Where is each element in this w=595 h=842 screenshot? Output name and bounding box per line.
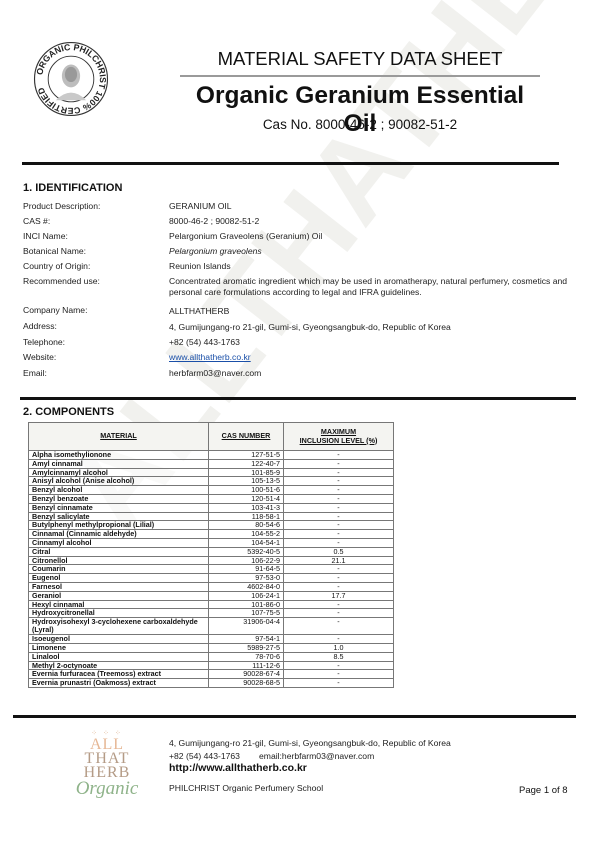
- value-email: herbfarm03@naver.com: [169, 368, 574, 379]
- cell-inclusion-level: -: [284, 538, 394, 547]
- value-botanical-name: Pelargonium graveolens: [169, 246, 574, 257]
- components-table: MATERIAL CAS NUMBER MAXIMUMINCLUSION LEV…: [28, 422, 394, 688]
- cell-material: Hydroxyisohexyl 3-cyclohexene carboxalde…: [29, 618, 209, 635]
- value-recommended-use: Concentrated aromatic ingredient which m…: [169, 276, 574, 298]
- title-divider: [180, 75, 540, 77]
- column-header-max-inclusion: MAXIMUMINCLUSION LEVEL (%): [284, 423, 394, 451]
- footer-phone: +82 (54) 443-1763: [169, 751, 240, 761]
- table-row: Alpha isomethylionone127-51-5-: [29, 451, 394, 460]
- document-type: MATERIAL SAFETY DATA SHEET: [190, 48, 530, 70]
- label-company-name: Company Name:: [23, 305, 87, 315]
- cell-cas-number: 104-54-1: [209, 538, 284, 547]
- label-product-description: Product Description:: [23, 201, 100, 211]
- table-row: Amyl cinnamal122-40-7-: [29, 459, 394, 468]
- cell-inclusion-level: 0.5: [284, 547, 394, 556]
- value-product-description: GERANIUM OIL: [169, 201, 574, 212]
- footer-email: email:herbfarm03@naver.com: [259, 751, 374, 761]
- label-botanical-name: Botanical Name:: [23, 246, 86, 256]
- cell-inclusion-level: 17.7: [284, 591, 394, 600]
- cell-material: Cinnamyl alcohol: [29, 538, 209, 547]
- table-row: Citral5392-40-50.5: [29, 547, 394, 556]
- cell-inclusion-level: -: [284, 459, 394, 468]
- column-header-cas-number: CAS NUMBER: [209, 423, 284, 451]
- cell-material: Limonene: [29, 643, 209, 652]
- table-row: Benzyl benzoate120-51-4-: [29, 494, 394, 503]
- table-row: Cinnamyl alcohol104-54-1-: [29, 538, 394, 547]
- value-country-of-origin: Reunion Islands: [169, 261, 574, 272]
- footer-website-link[interactable]: http://www.allthatherb.co.kr: [169, 762, 307, 774]
- footer-address: 4, Gumijungang-ro 21-gil, Gumi-si, Gyeon…: [169, 738, 451, 748]
- cell-material: Alpha isomethylionone: [29, 451, 209, 460]
- cell-cas-number: 90028-68-5: [209, 679, 284, 688]
- website-link[interactable]: www.allthatherb.co.kr: [169, 352, 251, 362]
- label-cas: CAS #:: [23, 216, 50, 226]
- label-address: Address:: [23, 321, 57, 331]
- cell-material: Benzyl cinnamate: [29, 503, 209, 512]
- value-telephone: +82 (54) 443-1763: [169, 337, 574, 348]
- cell-material: Evernia prunastri (Oakmoss) extract: [29, 679, 209, 688]
- cas-number-line: Cas No. 8000-46-2 ; 90082-51-2: [180, 117, 540, 132]
- section-components-heading: 2. COMPONENTS: [23, 406, 114, 418]
- table-row: Linalool78-70-68.5: [29, 652, 394, 661]
- cell-cas-number: 120-51-4: [209, 494, 284, 503]
- cell-cas-number: 106-24-1: [209, 591, 284, 600]
- cell-material: Benzyl benzoate: [29, 494, 209, 503]
- cell-inclusion-level: -: [284, 582, 394, 591]
- cell-cas-number: 103-41-3: [209, 503, 284, 512]
- allthatherb-logo: ⁘ ⁘ ⁘ ALL THAT HERB Organic: [72, 730, 142, 798]
- cell-cas-number: 78-70-6: [209, 652, 284, 661]
- certified-seal-logo: ORGANIC PHILCHRIST 100% CERTIFIED: [33, 41, 109, 117]
- cell-inclusion-level: 1.0: [284, 643, 394, 652]
- label-website: Website:: [23, 352, 56, 362]
- cell-cas-number: 5989-27-5: [209, 643, 284, 652]
- cell-inclusion-level: -: [284, 503, 394, 512]
- value-cas: 8000-46-2 ; 90082-51-2: [169, 216, 574, 227]
- footer-school: PHILCHRIST Organic Perfumery School: [169, 783, 323, 793]
- cell-material: Citral: [29, 547, 209, 556]
- label-recommended-use: Recommended use:: [23, 276, 100, 286]
- cell-cas-number: 127-51-5: [209, 451, 284, 460]
- cell-inclusion-level: -: [284, 494, 394, 503]
- cell-inclusion-level: 8.5: [284, 652, 394, 661]
- cell-cas-number: 31906-04-4: [209, 618, 284, 635]
- cell-cas-number: 4602-84-0: [209, 582, 284, 591]
- table-row: Farnesol4602-84-0-: [29, 582, 394, 591]
- page-number: Page 1 of 8: [519, 785, 568, 796]
- table-row: Limonene5989-27-51.0: [29, 643, 394, 652]
- label-country-of-origin: Country of Origin:: [23, 261, 90, 271]
- table-row: Geraniol106-24-117.7: [29, 591, 394, 600]
- cell-inclusion-level: -: [284, 679, 394, 688]
- value-address: 4, Gumijungang-ro 21-gil, Gumi-si, Gyeon…: [169, 322, 574, 333]
- cell-inclusion-level: -: [284, 451, 394, 460]
- table-row: Hydroxyisohexyl 3-cyclohexene carboxalde…: [29, 618, 394, 635]
- label-telephone: Telephone:: [23, 337, 65, 347]
- footer-divider: [13, 715, 576, 718]
- label-email: Email:: [23, 368, 47, 378]
- section-identification-heading: 1. IDENTIFICATION: [23, 182, 122, 194]
- column-header-material: MATERIAL: [29, 423, 209, 451]
- cell-cas-number: 5392-40-5: [209, 547, 284, 556]
- label-inci-name: INCI Name:: [23, 231, 68, 241]
- section-divider: [20, 397, 576, 400]
- value-inci-name: Pelargonium Graveolens (Geranium) Oil: [169, 231, 574, 242]
- cell-inclusion-level: -: [284, 618, 394, 635]
- section-divider: [22, 162, 559, 165]
- table-row: Evernia prunastri (Oakmoss) extract90028…: [29, 679, 394, 688]
- cell-material: Geraniol: [29, 591, 209, 600]
- cell-cas-number: 122-40-7: [209, 459, 284, 468]
- cell-material: Linalool: [29, 652, 209, 661]
- cell-material: Amyl cinnamal: [29, 459, 209, 468]
- cell-material: Farnesol: [29, 582, 209, 591]
- value-company-name: ALLTHATHERB: [169, 306, 574, 317]
- table-row: Benzyl cinnamate103-41-3-: [29, 503, 394, 512]
